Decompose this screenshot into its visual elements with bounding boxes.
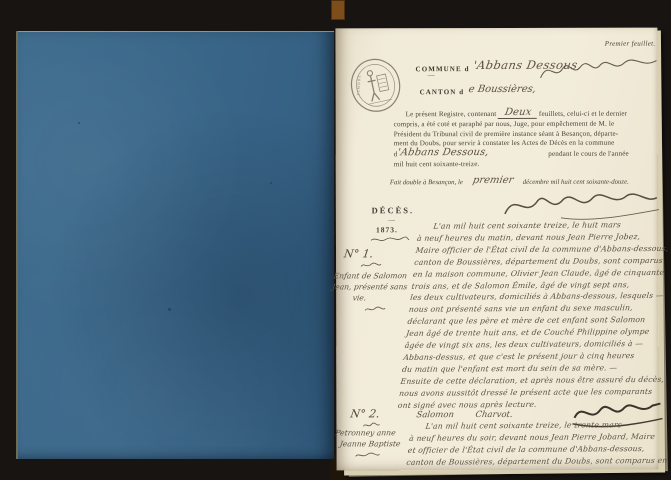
act1-number: N° 1. (343, 247, 374, 260)
act1-margin-note: Enfant de Salomon Jean, présenté sans vi… (330, 271, 422, 304)
flourish-squiggle-icon (360, 262, 382, 268)
register-statement: Le présent Registre, contenant Deux feui… (394, 109, 662, 170)
canton-value: e Boussières, (467, 84, 536, 95)
cover-speck (270, 182, 272, 184)
statement-line: Le présent Registre, contenant Deux feui… (394, 109, 662, 120)
margin-year: 1873. (376, 225, 398, 234)
act-line: nous avons aussitôt dressé le présent ac… (399, 386, 651, 400)
book-cover (16, 31, 334, 459)
folio-note: Premier feuillet. (563, 40, 655, 48)
section-title: DÉCÈS. (354, 205, 432, 215)
flourish-squiggle-icon (370, 236, 410, 243)
act-line: canton de Boussières, département du Dou… (406, 455, 658, 469)
binding-tab (331, 0, 345, 20)
act1-signatures: Salomon Charvot. (416, 410, 514, 420)
commune-line: COMMUNE d 'Abbans Dessous, (416, 58, 582, 76)
commune-label: COMMUNE d (416, 65, 470, 73)
blank-date: premier (463, 175, 522, 186)
statement-line: mil huit cent soixante-treize. (394, 160, 662, 170)
act1-text: L'an mil huit cent soixante treize, le h… (397, 219, 669, 412)
blank-commune: 'Abbans Dessous, (397, 148, 490, 158)
scanned-register-spread: Premier feuillet. TIMBRE COMMUNE d 'Abba… (0, 0, 671, 480)
act2-number: N° 2. (350, 407, 381, 420)
flourish-squiggle-icon (355, 452, 381, 458)
flourish-squiggle-icon (364, 306, 386, 312)
canton-line: CANTON d e Boussières, (420, 81, 536, 99)
fait-double-line: Fait double à Besançon, le premier décem… (390, 176, 629, 188)
canton-label: CANTON d (420, 88, 465, 96)
register-page: Premier feuillet. TIMBRE COMMUNE d 'Abba… (335, 28, 658, 471)
seal-label: TIMBRE (355, 74, 361, 95)
commune-value: 'Abbans Dessous, (472, 58, 583, 72)
cover-speck (78, 122, 80, 124)
act2-text: L'an mil huit cent soixante treize, le t… (406, 419, 662, 469)
cover-speck (168, 308, 171, 311)
statement-line: d'Abbans Dessous, pendant le cours de l'… (394, 149, 662, 160)
separator-dash: — (428, 71, 435, 79)
blank-feuillets: Deux (497, 108, 538, 119)
separator-dash: — (388, 216, 395, 224)
